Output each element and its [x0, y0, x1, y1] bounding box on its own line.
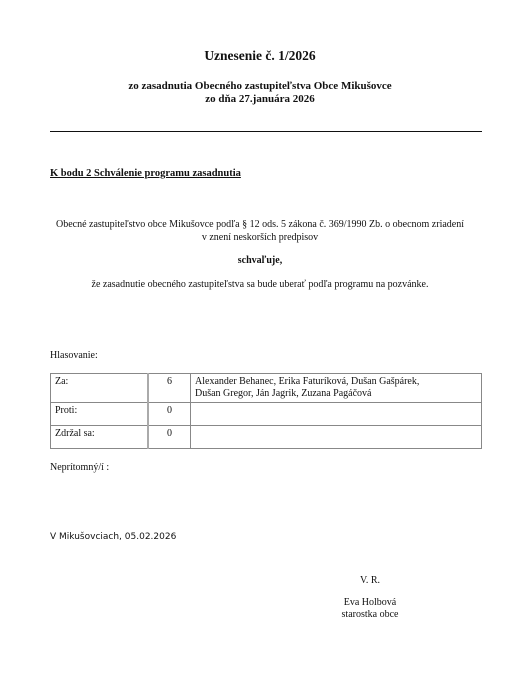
- names-line-1: Alexander Behanec, Erika Faturíková, Duš…: [195, 376, 477, 388]
- decision-word: schvaľuje,: [0, 255, 520, 266]
- table-row: Zdržal sa: 0: [51, 426, 482, 449]
- vote-label-cell: Zdržal sa:: [51, 426, 149, 449]
- table-row: Za: 6 Alexander Behanec, Erika Faturíkov…: [51, 374, 482, 403]
- preamble-line-1: Obecné zastupiteľstvo obce Mikušovce pod…: [0, 218, 520, 231]
- voting-table: Za: 6 Alexander Behanec, Erika Faturíkov…: [50, 373, 482, 449]
- signatory-name: Eva Holbová: [310, 597, 430, 609]
- horizontal-divider: [50, 131, 482, 132]
- table-row: Proti: 0: [51, 403, 482, 426]
- place-date: V Mikušovciach, 05.02.2026: [50, 532, 176, 542]
- voting-label: Hlasovanie:: [50, 350, 98, 361]
- vote-label-cell: Proti:: [51, 403, 149, 426]
- signature-mark: V. R.: [310, 575, 430, 587]
- signatory-role: starostka obce: [310, 609, 430, 621]
- absent-label: Neprítomný/í :: [50, 462, 109, 473]
- subtitle-line-1: zo zasadnutia Obecného zastupiteľstva Ob…: [0, 80, 520, 93]
- section-heading: K bodu 2 Schválenie programu zasadnutia: [50, 168, 241, 179]
- vote-names-cell: Alexander Behanec, Erika Faturíková, Duš…: [191, 374, 482, 403]
- resolution-title: Uznesenie č. 1/2026: [0, 48, 520, 64]
- vote-count-cell: 6: [148, 374, 191, 403]
- subtitle-line-2: zo dňa 27.januára 2026: [0, 93, 520, 106]
- names-line-2: Dušan Gregor, Ján Jagrik, Zuzana Pagáčov…: [195, 388, 477, 400]
- vote-count-cell: 0: [148, 403, 191, 426]
- vote-label-cell: Za:: [51, 374, 149, 403]
- signature-block: Eva Holbová starostka obce: [310, 597, 430, 621]
- preamble-line-2: v znení neskorších predpisov: [0, 231, 520, 244]
- vote-count-cell: 0: [148, 426, 191, 449]
- resolution-subtitle: zo zasadnutia Obecného zastupiteľstva Ob…: [0, 80, 520, 106]
- preamble: Obecné zastupiteľstvo obce Mikušovce pod…: [0, 218, 520, 244]
- vote-names-cell: [191, 426, 482, 449]
- decision-text: že zasadnutie obecného zastupiteľstva sa…: [0, 279, 520, 290]
- vote-names-cell: [191, 403, 482, 426]
